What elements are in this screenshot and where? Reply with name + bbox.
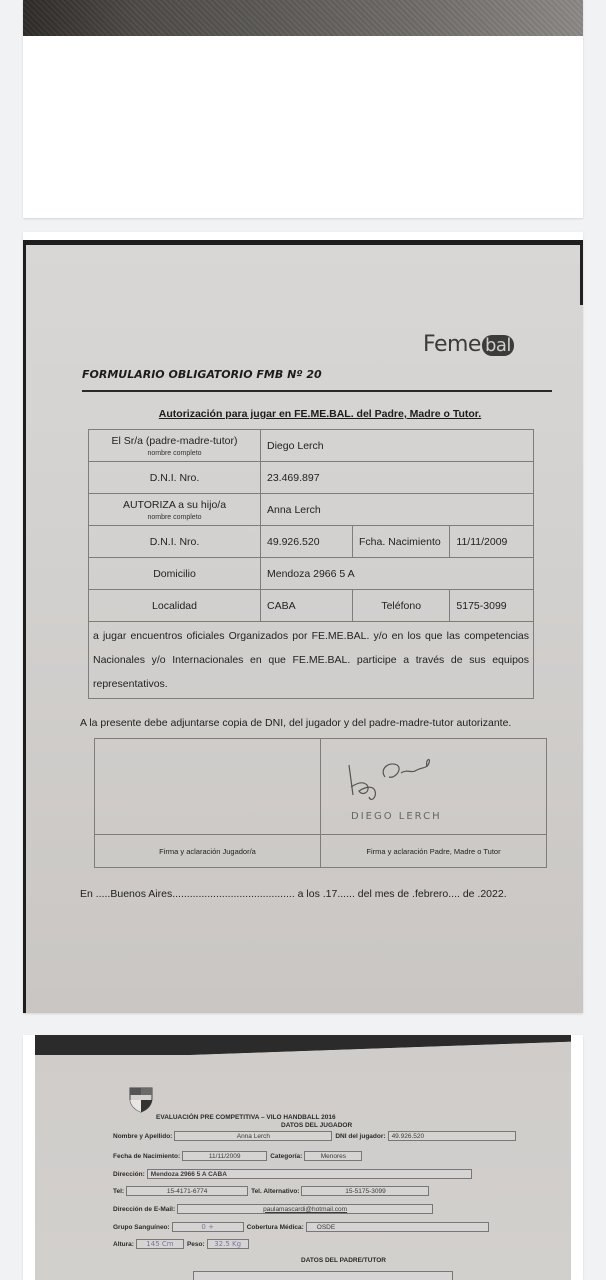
child-label-cell: AUTORIZA a su hijo/a nombre completo (89, 494, 261, 526)
tel-field: 15-4171-6774 (126, 1186, 248, 1196)
height-field: 145 Cm (136, 1239, 184, 1249)
logo-badge: bal (482, 335, 514, 356)
parent-name-field (193, 1271, 453, 1280)
name-field: Anna Lerch (174, 1131, 332, 1141)
alt-tel-label: Tel. Alternativo: (251, 1188, 299, 1195)
birth-label: Fcha. Nacimiento (353, 526, 450, 558)
birth-row: Fecha de Nacimiento: 11/11/2009 Categorí… (113, 1151, 362, 1161)
table-row: DIEGO LERCH (95, 739, 547, 835)
birth-date: 11/11/2009 (450, 526, 534, 558)
paper-edge (580, 245, 583, 305)
table-row: Localidad CABA Teléfono 5175-3099 (89, 590, 534, 622)
category-label: Categoría: (270, 1153, 302, 1160)
femebal-form-photo[interactable]: Femebal FORMULARIO OBLIGATORIO FMB Nº 20… (23, 240, 583, 1013)
address-label: Dirección: (113, 1171, 145, 1178)
phone-label: Teléfono (353, 590, 450, 622)
attachment-note: A la presente debe adjuntarse copia de D… (80, 717, 511, 729)
parent-dni-label: D.N.I. Nro. (89, 462, 261, 494)
city-label: Localidad (89, 590, 261, 622)
dni-field: 49.926.520 (388, 1131, 516, 1141)
signature-table: DIEGO LERCH Firma y aclaración Jugador/a… (94, 738, 547, 868)
textured-photo[interactable] (23, 0, 583, 36)
authorization-table: El Sr/a (padre-madre-tutor) nombre compl… (88, 429, 534, 699)
birth-field: 11/11/2009 (182, 1151, 267, 1161)
child-dni-label: D.N.I. Nro. (89, 526, 261, 558)
parent-name: Diego Lerch (261, 430, 534, 462)
dni-label: DNI del jugador: (335, 1133, 385, 1140)
subtitle-text: Autorización para jugar en FE.ME.BAL. de… (159, 408, 481, 420)
logo-text: Feme (423, 332, 481, 357)
blood-label: Grupo Sanguíneo: (113, 1224, 170, 1231)
form-subtitle: Autorización para jugar en FE.ME.BAL. de… (26, 408, 586, 420)
address: Mendoza 2966 5 A (261, 558, 534, 590)
medical-label: Cobertura Médica: (247, 1224, 304, 1231)
section-player-title: DATOS DEL JUGADOR (281, 1122, 352, 1129)
category-field: Menores (304, 1151, 362, 1161)
feed-image-card-2[interactable]: Femebal FORMULARIO OBLIGATORIO FMB Nº 20… (23, 232, 583, 1013)
height-label: Altura: (113, 1241, 134, 1248)
birth-label: Fecha de Nacimiento: (113, 1153, 180, 1160)
parent-signature-label: Firma y aclaración Padre, Madre o Tutor (321, 835, 547, 868)
weight-label: Peso: (187, 1241, 205, 1248)
parent-label: El Sr/a (padre-madre-tutor) (111, 435, 237, 447)
femebal-logo: Femebal (423, 332, 514, 357)
parent-label-cell: El Sr/a (padre-madre-tutor) nombre compl… (89, 430, 261, 462)
child-sublabel: nombre completo (95, 514, 254, 521)
weight-field: 32.5 Kg (207, 1239, 249, 1249)
player-signature-box (95, 739, 321, 835)
table-row: a jugar encuentros oficiales Organizados… (89, 622, 534, 699)
table-row: AUTORIZA a su hijo/a nombre completo Ann… (89, 494, 534, 526)
title-divider (82, 390, 552, 392)
authorization-paragraph: a jugar encuentros oficiales Organizados… (89, 622, 534, 699)
blood-row: Grupo Sanguíneo: 0 + Cobertura Médica: O… (113, 1222, 489, 1232)
email-field: paulamascardi@hotmail.com (177, 1204, 433, 1214)
form-title: FORMULARIO OBLIGATORIO FMB Nº 20 (82, 368, 322, 381)
vilo-shield-icon (129, 1087, 153, 1113)
medical-field: OSDE (306, 1222, 489, 1232)
email-label: Dirección de E-Mail: (113, 1206, 175, 1213)
table-row: D.N.I. Nro. 23.469.897 (89, 462, 534, 494)
feed-image-card-1[interactable] (23, 0, 583, 218)
parent-sublabel: nombre completo (95, 450, 254, 457)
table-row: Firma y aclaración Jugador/a Firma y acl… (95, 835, 547, 868)
feed-image-card-3[interactable]: EVALUACIÓN PRE COMPETITIVA – VILO HANDBA… (23, 1035, 583, 1280)
phone: 5175-3099 (450, 590, 534, 622)
svg-text:DIEGO LERCH: DIEGO LERCH (351, 811, 442, 822)
alt-tel-field: 15-5175-3099 (301, 1186, 429, 1196)
address-field: Mendoza 2966 5 A CABA (147, 1169, 472, 1179)
table-row: El Sr/a (padre-madre-tutor) nombre compl… (89, 430, 534, 462)
section-parent-title: DATOS DEL PADRE/TUTOR (301, 1257, 386, 1264)
parent-signature-box: DIEGO LERCH (321, 739, 547, 835)
parent-name-row (113, 1271, 453, 1280)
email-row: Dirección de E-Mail: paulamascardi@hotma… (113, 1204, 433, 1214)
tel-row: Tel: 15-4171-6774 Tel. Alternativo: 15-5… (113, 1186, 429, 1196)
signature-scribble-icon: DIEGO LERCH (341, 747, 491, 827)
height-weight-row: Altura: 145 Cm Peso: 32.5 Kg (113, 1239, 249, 1249)
blood-field: 0 + (172, 1222, 244, 1232)
address-label: Domicilio (89, 558, 261, 590)
address-row: Dirección: Mendoza 2966 5 A CABA (113, 1169, 472, 1179)
parent-dni: 23.469.897 (261, 462, 534, 494)
city: CABA (261, 590, 353, 622)
photo-dark-edge (35, 1035, 571, 1055)
evaluation-title: EVALUACIÓN PRE COMPETITIVA – VILO HANDBA… (156, 1114, 336, 1121)
place-date-line: En .....Buenos Aires....................… (80, 888, 507, 900)
tel-label: Tel: (113, 1188, 124, 1195)
child-dni: 49.926.520 (261, 526, 353, 558)
child-name: Anna Lerch (261, 494, 534, 526)
name-label: Nombre y Apellido: (113, 1133, 172, 1140)
child-label: AUTORIZA a su hijo/a (123, 499, 226, 511)
table-row: Domicilio Mendoza 2966 5 A (89, 558, 534, 590)
table-row: D.N.I. Nro. 49.926.520 Fcha. Nacimiento … (89, 526, 534, 558)
name-row: Nombre y Apellido: Anna Lerch DNI del ju… (113, 1131, 516, 1141)
player-signature-label: Firma y aclaración Jugador/a (95, 835, 321, 868)
